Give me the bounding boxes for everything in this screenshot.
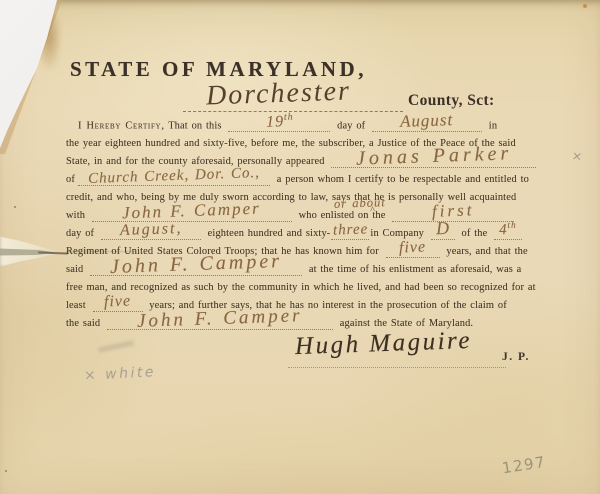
- years-recognized-blank: five: [93, 300, 143, 312]
- soldier-name-blank: John F. Camper: [90, 264, 302, 276]
- paper-speck: [5, 470, 7, 472]
- printed-text: I Hereby Certify,: [78, 120, 165, 131]
- pencil-x-mark: ×: [571, 148, 583, 163]
- ordinal-blank: first: [392, 210, 514, 222]
- body-line-1: I Hereby Certify, That on this 19th day …: [78, 120, 497, 132]
- enlist-day-handwritten: first: [432, 210, 474, 211]
- printed-text: That on this: [168, 120, 221, 131]
- printed-text: in: [489, 120, 497, 131]
- county-name-handwritten: Dorchester: [205, 75, 351, 112]
- soldier-name-handwritten: John F. Camper: [137, 316, 302, 322]
- printed-text: day of: [337, 120, 365, 131]
- insert-note-handwritten: or about: [334, 202, 386, 204]
- soldier-name-handwritten: John F. Camper: [122, 209, 261, 214]
- printed-text: of: [66, 174, 75, 185]
- day-blank: 19th: [228, 120, 330, 132]
- pencil-price-code: 1297: [501, 453, 547, 478]
- county-label: County, Sct:: [408, 92, 495, 110]
- justice-of-peace-suffix: J. P.: [502, 351, 530, 363]
- printed-text: State, in and for the county aforesaid, …: [66, 156, 325, 167]
- month-handwritten: August: [400, 120, 453, 122]
- pencil-smudge: [98, 340, 134, 352]
- pencil-race-note: × white: [84, 364, 157, 384]
- printed-text: least: [66, 300, 86, 311]
- printed-text: with: [66, 210, 85, 221]
- affiant-name-handwritten: Jonas Parker: [356, 153, 512, 158]
- printed-text: eighteen hundred and sixty-: [208, 228, 331, 239]
- regiment-number-handwritten: 4th: [499, 226, 517, 231]
- regiment-blank: 4th: [494, 228, 522, 240]
- year-word-blank: three: [331, 228, 369, 240]
- affiant-name-blank: Jonas Parker: [331, 156, 536, 168]
- printed-text: the said: [66, 318, 100, 329]
- printed-text: at the time of his enlistment as aforesa…: [309, 264, 522, 275]
- paper-speck: [583, 4, 587, 8]
- soldier-name-handwritten: John F. Camper: [110, 261, 282, 267]
- enlist-month-handwritten: August,: [120, 229, 182, 231]
- body-line-7: day of August, eighteen hundred and sixt…: [66, 228, 525, 240]
- residence-handwritten: Church Creek, Dor. Co.,: [88, 173, 260, 179]
- body-line-10: free man, and recognized as such by the …: [66, 282, 536, 293]
- years-known-blank: five: [386, 246, 440, 258]
- body-line-9: said John F. Camper at the time of his e…: [66, 264, 521, 276]
- printed-text: of the: [462, 228, 488, 239]
- soldier-name-blank: John F. Camper: [92, 210, 292, 222]
- year-word-handwritten: three: [333, 229, 368, 230]
- paper-speck: [14, 206, 16, 208]
- residence-blank: Church Creek, Dor. Co.,: [78, 174, 270, 186]
- printed-text: a person whom I certify to be respectabl…: [277, 174, 529, 185]
- signature-underline: [288, 366, 506, 368]
- enlist-month-blank: August,: [101, 228, 201, 240]
- day-ordinal-handwritten: 19th: [265, 118, 293, 123]
- signature-name-handwritten: Hugh Maguire: [295, 327, 473, 361]
- printed-text: years, and that the: [446, 246, 527, 257]
- soldier-name-blank: John F. Camper: [107, 318, 333, 330]
- years-recognized-handwritten: five: [104, 302, 131, 303]
- printed-text: in Company: [370, 228, 424, 239]
- month-blank: August: [372, 120, 482, 132]
- body-line-3: State, in and for the county aforesaid, …: [66, 156, 539, 168]
- printed-text: said: [66, 264, 83, 275]
- years-known-handwritten: five: [399, 248, 426, 249]
- paper: STATE OF MARYLAND, Dorchester County, Sc…: [0, 0, 600, 494]
- printed-text: free man, and recognized as such by the …: [66, 282, 536, 293]
- company-blank: D: [431, 228, 455, 240]
- printed-text: day of: [66, 228, 94, 239]
- body-line-4: ofChurch Creek, Dor. Co., a person whom …: [66, 174, 529, 186]
